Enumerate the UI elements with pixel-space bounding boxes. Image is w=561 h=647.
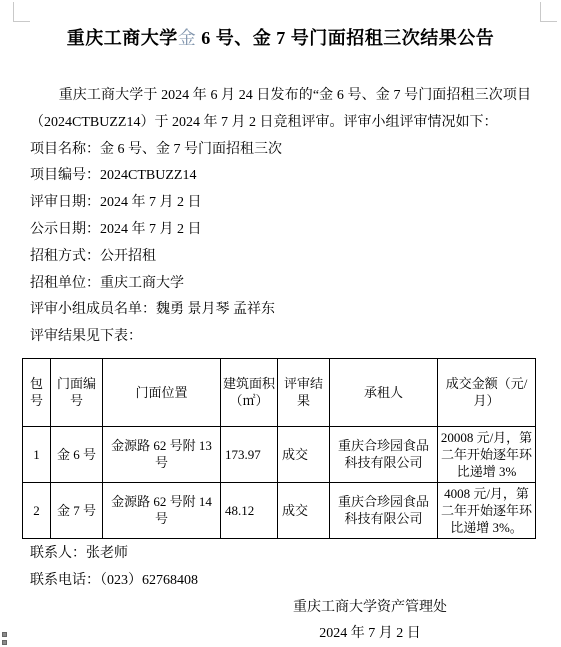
cell-building-area: 173.97 — [221, 426, 278, 482]
result-table: 包号 门面编号 门面位置 建筑面积（㎡） 评审结果 承租人 成交金额（元/月） … — [22, 358, 536, 539]
cell-lessee: 重庆合珍园食品科技有限公司 — [330, 482, 438, 538]
title-segment-1: 重庆工商大学 — [67, 28, 178, 48]
page-artifact-marks — [2, 629, 7, 645]
cell-building-area: 48.12 — [221, 482, 278, 538]
cell-deal-amount: 20008 元/月，第二年开始逐年环比递增 3% — [438, 426, 536, 482]
header-shopfront-no: 门面编号 — [51, 358, 103, 426]
contact-person: 联系人：张老师 — [30, 541, 531, 568]
artifact-square-icon — [2, 632, 7, 637]
cell-lessee: 重庆合珍园食品科技有限公司 — [330, 426, 438, 482]
intro-paragraph: 重庆工商大学于 2024 年 6 月 24 日发布的“金 6 号、金 7 号门面… — [30, 83, 531, 137]
title-segment-2: 6 号、金 7 号门面招租三次结果公告 — [196, 28, 494, 48]
info-line-publicity-date: 公示日期：2024 年 7 月 2 日 — [30, 217, 531, 244]
header-package-no: 包号 — [23, 358, 51, 426]
title-highlight-char: 金 — [178, 28, 197, 48]
cell-shopfront-no: 金 6 号 — [51, 426, 103, 482]
info-line-result-intro: 评审结果见下表： — [30, 324, 531, 351]
signature-org: 重庆工商大学资产管理处 — [250, 595, 490, 622]
page-margin-mark-top-left — [13, 2, 30, 22]
signature-block: 重庆工商大学资产管理处 2024 年 7 月 2 日 — [250, 595, 490, 647]
cell-package-no: 1 — [23, 426, 51, 482]
document-page: 重庆工商大学金 6 号、金 7 号门面招租三次结果公告 重庆工商大学于 2024… — [0, 0, 561, 647]
cell-shopfront-location: 金源路 62 号附 14 号 — [103, 482, 221, 538]
page-title: 重庆工商大学金 6 号、金 7 号门面招租三次结果公告 — [30, 26, 531, 50]
info-line-rental-method: 招租方式：公开招租 — [30, 244, 531, 271]
info-line-review-panel: 评审小组成员名单：魏勇 景月琴 孟祥东 — [30, 297, 531, 324]
header-review-result: 评审结果 — [278, 358, 330, 426]
page-margin-mark-top-right — [540, 2, 557, 22]
artifact-square-icon — [2, 640, 7, 645]
contact-phone: 联系电话：（023）62768408 — [30, 568, 531, 595]
table-row: 2 金 7 号 金源路 62 号附 14 号 48.12 成交 重庆合珍园食品科… — [23, 482, 536, 538]
cell-deal-amount: 4008 元/月，第二年开始逐年环比递增 3%。 — [438, 482, 536, 538]
signature-date: 2024 年 7 月 2 日 — [250, 621, 490, 647]
cell-package-no: 2 — [23, 482, 51, 538]
cell-review-result: 成交 — [278, 426, 330, 482]
info-line-project-name: 项目名称：金 6 号、金 7 号门面招租三次 — [30, 137, 531, 164]
header-deal-amount: 成交金额（元/月） — [438, 358, 536, 426]
info-line-rental-unit: 招租单位：重庆工商大学 — [30, 271, 531, 298]
cell-review-result: 成交 — [278, 482, 330, 538]
table-row: 1 金 6 号 金源路 62 号附 13 号 173.97 成交 重庆合珍园食品… — [23, 426, 536, 482]
table-header-row: 包号 门面编号 门面位置 建筑面积（㎡） 评审结果 承租人 成交金额（元/月） — [23, 358, 536, 426]
cell-shopfront-no: 金 7 号 — [51, 482, 103, 538]
header-lessee: 承租人 — [330, 358, 438, 426]
cell-shopfront-location: 金源路 62 号附 13 号 — [103, 426, 221, 482]
header-building-area: 建筑面积（㎡） — [221, 358, 278, 426]
header-shopfront-location: 门面位置 — [103, 358, 221, 426]
info-line-project-number: 项目编号：2024CTBUZZ14 — [30, 163, 531, 190]
info-line-review-date: 评审日期：2024 年 7 月 2 日 — [30, 190, 531, 217]
